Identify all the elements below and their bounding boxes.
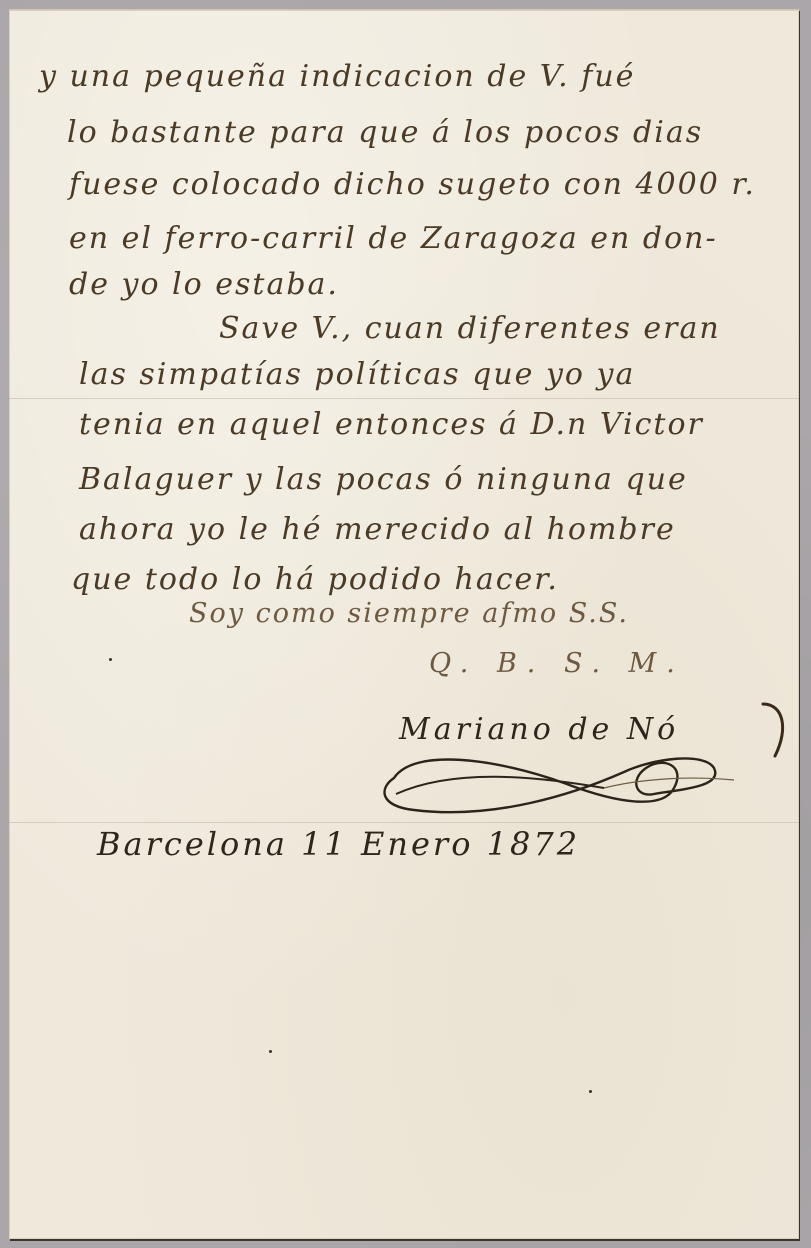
- letter-line: que todo lo há podido hacer.: [71, 565, 559, 595]
- letter-page: y una pequeña indicacion de V. fué lo ba…: [9, 9, 799, 1239]
- signature-name: Mariano de Nó: [399, 715, 679, 745]
- letter-line: ahora yo le hé merecido al hombre: [79, 515, 676, 545]
- letter-line: y una pequeña indicacion de V. fué: [39, 62, 635, 92]
- letter-line: Balaguer y las pocas ó ninguna que: [79, 465, 688, 495]
- ink-speck: [109, 658, 112, 661]
- letter-line: las simpatías políticas que yo ya: [79, 360, 635, 390]
- signature-flourish-icon: [374, 748, 744, 818]
- closing-formula: Q. B. S. M.: [429, 650, 685, 677]
- ink-speck: [269, 1050, 272, 1053]
- fold-line: [9, 822, 799, 823]
- letter-line: de yo lo estaba.: [69, 270, 339, 300]
- letter-line: tenia en aquel entonces á D.n Victor: [79, 410, 704, 440]
- closing-line: Soy como siempre afmo S.S.: [189, 600, 629, 627]
- ink-speck: [589, 1090, 592, 1093]
- place-date: Barcelona 11 Enero 1872: [97, 828, 580, 860]
- letter-line: lo bastante para que á los pocos dias: [67, 118, 703, 148]
- signature-tail-stroke: [761, 700, 791, 760]
- fold-line: [9, 398, 799, 399]
- letter-line: en el ferro-carril de Zaragoza en don-: [69, 224, 718, 254]
- letter-line: fuese colocado dicho sugeto con 4000 r.: [69, 170, 756, 200]
- letter-line: Save V., cuan diferentes eran: [219, 314, 721, 344]
